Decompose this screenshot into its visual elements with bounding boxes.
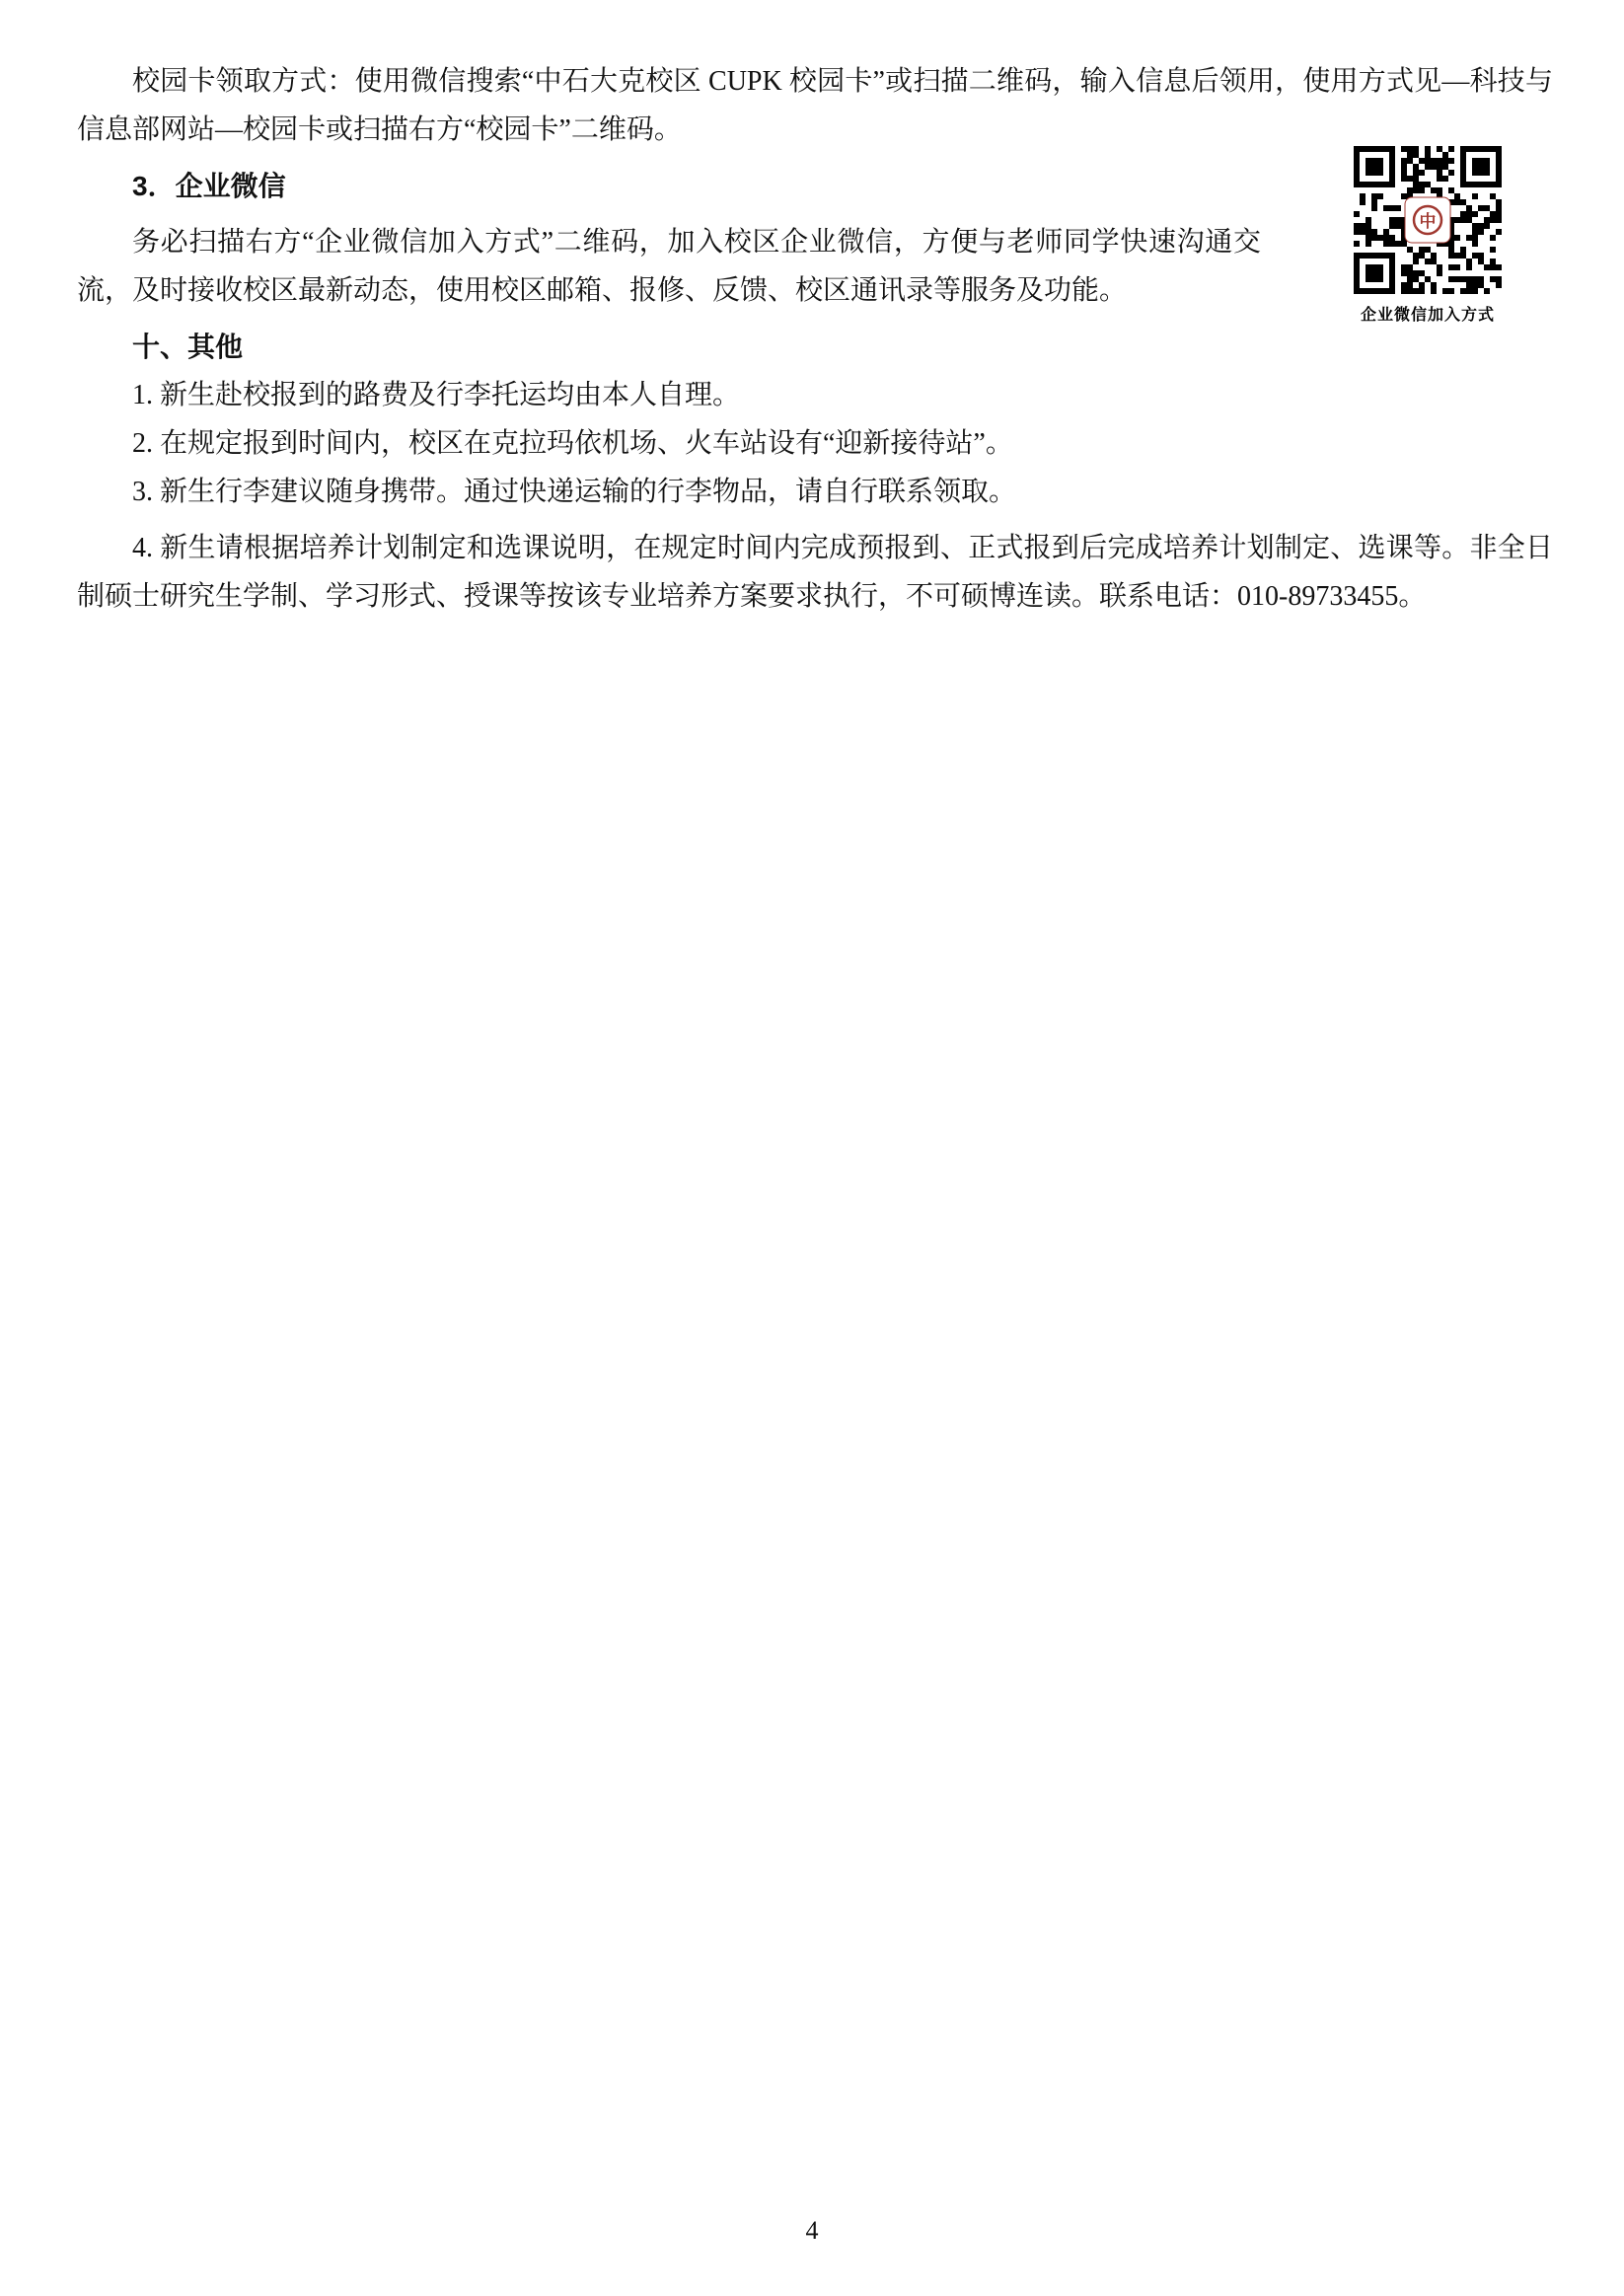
qr-block: 中 企业微信加入方式 [1354,146,1502,325]
enterprise-wechat-qr-code: 中 [1354,146,1502,294]
qr-caption: 企业微信加入方式 [1354,302,1502,325]
heading-other: 十、其他 [77,323,1553,371]
content-area: 校园卡领取方式：使用微信搜索“中石大克校区 CUPK 校园卡”或扫描二维码，输入… [77,57,1553,621]
paragraph-campus-card: 校园卡领取方式：使用微信搜索“中石大克校区 CUPK 校园卡”或扫描二维码，输入… [77,57,1553,154]
list-item-1: 1. 新生赴校报到的路费及行李托运均由本人自理。 [77,371,1553,419]
list-item-2: 2. 在规定报到时间内，校区在克拉玛依机场、火车站设有“迎新接待站”。 [77,419,1553,468]
paragraph-enterprise-wechat: 务必扫描右方“企业微信加入方式”二维码，加入校区企业微信，方便与老师同学快速沟通… [77,218,1261,315]
heading-enterprise-wechat: 3．企业微信 [77,162,1553,210]
svg-text:中: 中 [1420,211,1437,232]
page-number: 4 [0,2216,1624,2246]
document-page: 校园卡领取方式：使用微信搜索“中石大克校区 CUPK 校园卡”或扫描二维码，输入… [0,0,1624,2296]
list-item-4: 4. 新生请根据培养计划制定和选课说明，在规定时间内完成预报到、正式报到后完成培… [77,524,1553,621]
list-item-3: 3. 新生行李建议随身携带。通过快递运输的行李物品，请自行联系领取。 [77,468,1553,516]
